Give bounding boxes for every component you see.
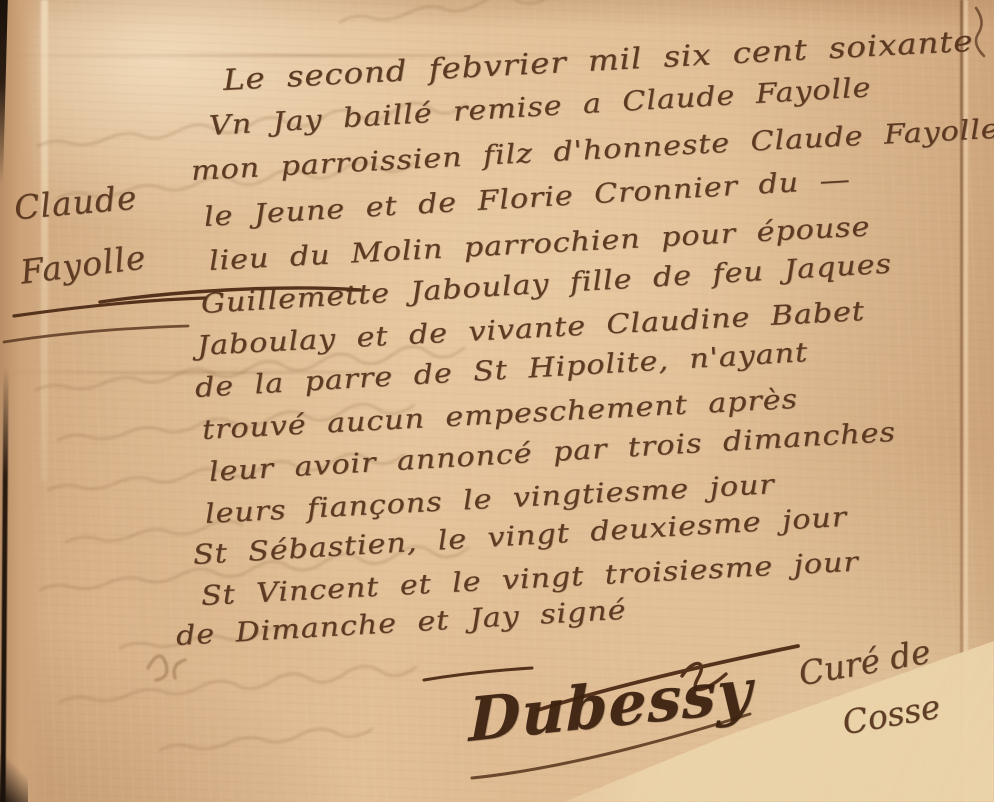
bottom-left-corner-shadow bbox=[0, 754, 28, 802]
margin-note-name-line1: Claude bbox=[13, 181, 139, 225]
manuscript-page-photo: Claude Fayolle Le second febvrier mil si… bbox=[0, 0, 994, 802]
